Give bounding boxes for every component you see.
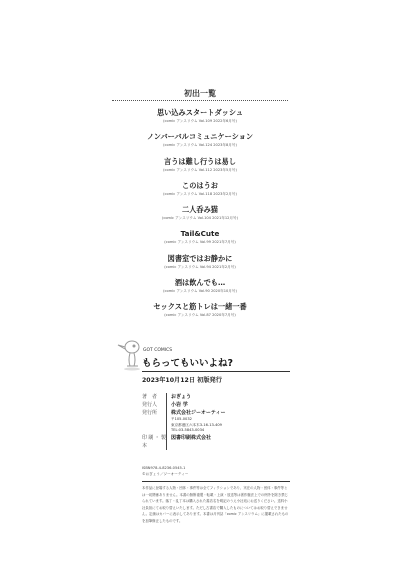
credit-value: 図書印刷株式会社 [166,434,211,450]
toc-item: 酒は飲んでも…(comic アンスリウム Vol.90 2020年10月号) [0,278,400,302]
isbn-block: ISBN978-4-8236-0545-1 ©おぎょう／ジーオーティー [142,465,188,477]
toc-item-source: (comic アンスリウム Vol.109 2022年6月号) [0,118,400,124]
toc-item: 言うは難し行うは易し(comic アンスリウム Vol.112 2023年5月号… [0,157,400,181]
credit-key: 著 者 [142,393,166,401]
toc-item: ノンバーバルコミュニケーション(comic アンスリウム Vol.124 202… [0,132,400,156]
title-divider [142,371,290,372]
toc-divider [112,100,288,101]
publisher-address: 〒105-0032 東京都港区六本木3-16-13-409 TEL:03-584… [166,417,292,434]
imprint-label: GOT COMICS [143,348,172,353]
toc-item-source: (comic アンスリウム Vol.99 2021年7月号) [0,239,400,245]
credit-row-printer: 印刷・製本図書印刷株式会社 [142,434,292,450]
toc-item-title: 二人呑み猫 [0,205,400,215]
toc-item: 二人呑み猫(comic アンスリウム Vol.104 2021年12月号) [0,205,400,229]
toc-item-source: (comic アンスリウム Vol.104 2021年12月号) [0,215,400,221]
credits-block: 著 者おぎょう 発行人小岩 学 発行所株式会社ジーオーティー 〒105-0032… [142,393,292,450]
credit-row-publisher: 発行所株式会社ジーオーティー [142,409,292,417]
toc-item-source: (comic アンスリウム Vol.94 2021年2月号) [0,264,400,270]
toc-item-title: 図書室ではお静かに [0,254,400,264]
toc-item: セックスと筋トレは一緒一番(comic アンスリウム Vol.87 2020年7… [0,302,400,326]
toc-item-title: 酒は飲んでも… [0,278,400,288]
toc-item: 思い込みスタートダッシュ(comic アンスリウム Vol.109 2022年6… [0,108,400,132]
credit-value: 小岩 学 [166,401,188,409]
toc-item-title: 思い込みスタートダッシュ [0,108,400,118]
publication-date: 2023年10月12日 初版発行 [142,375,222,384]
credit-row-publisher-person: 発行人小岩 学 [142,401,292,409]
legal-notice: 本作品に登場する人物・団体・事件等は全てフィクションであり、実在の人物・団体・事… [142,485,290,524]
credit-key: 発行所 [142,409,166,417]
book-title: もらってもいいよね? [142,355,233,369]
credit-row-author: 著 者おぎょう [142,393,292,401]
toc-item-source: (comic アンスリウム Vol.124 2023年8月号) [0,142,400,148]
toc-item: このはうお(comic アンスリウム Vol.118 2023年2月号) [0,181,400,205]
toc-item-source: (comic アンスリウム Vol.90 2020年10月号) [0,288,400,294]
toc-item-title: ノンバーバルコミュニケーション [0,132,400,142]
credit-value: 株式会社ジーオーティー [166,409,226,417]
credit-key: 発行人 [142,401,166,409]
toc-item: 図書室ではお静かに(comic アンスリウム Vol.94 2021年2月号) [0,254,400,278]
toc-item-source: (comic アンスリウム Vol.118 2023年2月号) [0,191,400,197]
footer-divider [142,481,290,482]
toc-item-title: セックスと筋トレは一緒一番 [0,302,400,312]
credit-key: 印刷・製本 [142,434,166,450]
toc-title: 初出一覧 [0,88,400,99]
toc-item-title: 言うは難し行うは易し [0,157,400,167]
toc-item-title: このはうお [0,181,400,191]
toc-item-source: (comic アンスリウム Vol.112 2023年5月号) [0,167,400,173]
toc-list: 思い込みスタートダッシュ(comic アンスリウム Vol.109 2022年6… [0,108,400,327]
toc-item: Tail&Cute(comic アンスリウム Vol.99 2021年7月号) [0,229,400,253]
toc-item-title: Tail&Cute [0,229,400,239]
copyright: ©おぎょう／ジーオーティー [142,471,188,477]
toc-item-source: (comic アンスリウム Vol.87 2020年7月号) [0,312,400,318]
credit-value: おぎょう [166,393,191,401]
